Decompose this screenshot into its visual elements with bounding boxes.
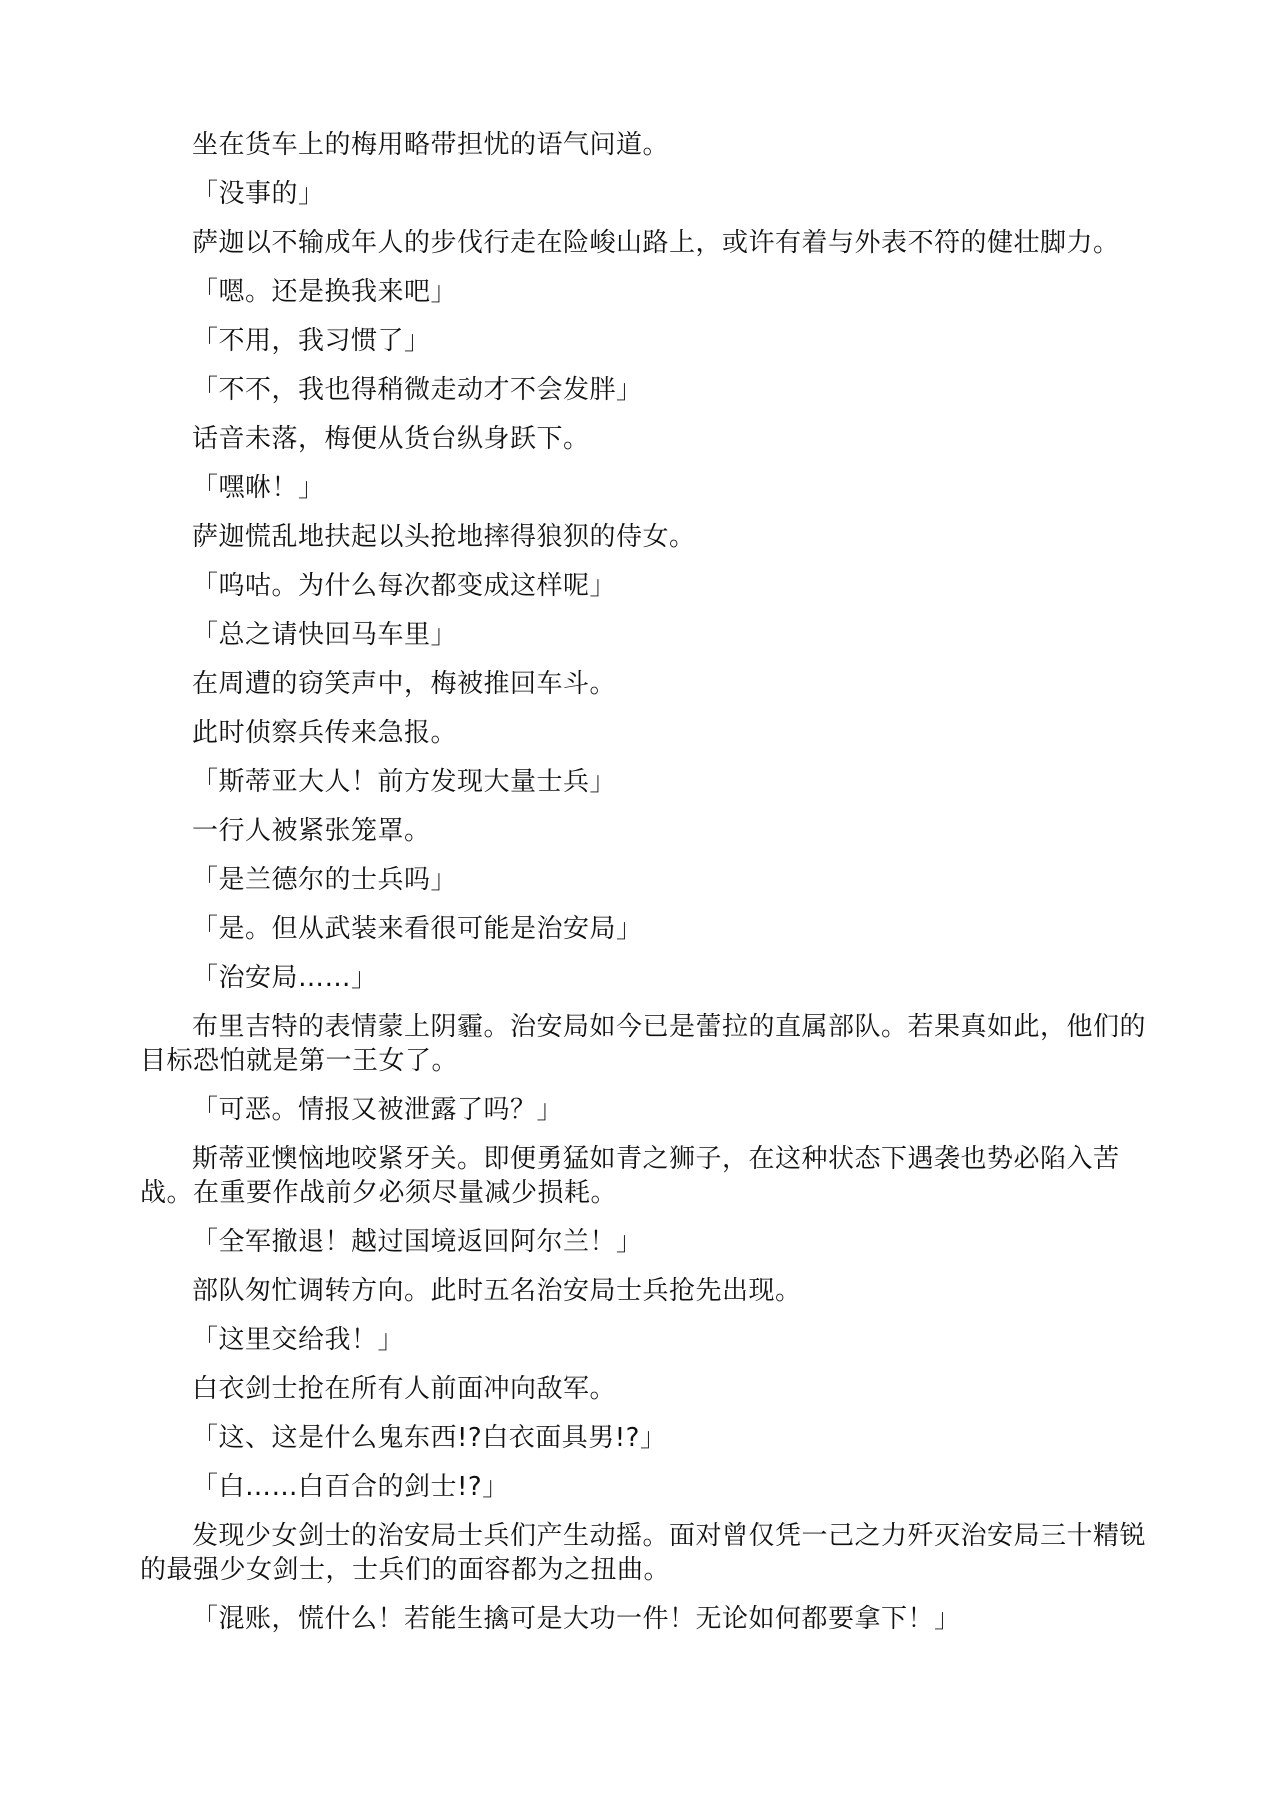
paragraph-narration: 萨迦以不输成年人的步伐行走在险峻山路上，或许有着与外表不符的健壮脚力。 bbox=[140, 226, 1150, 260]
paragraph-narration: 在周遭的窃笑声中，梅被推回车斗。 bbox=[140, 667, 1150, 701]
paragraph-dialog: 「总之请快回马车里」 bbox=[140, 618, 1150, 652]
paragraph-narration: 一行人被紧张笼罩。 bbox=[140, 814, 1150, 848]
paragraph-dialog: 「没事的」 bbox=[140, 177, 1150, 211]
paragraph-dialog: 「白……白百合的剑士!?」 bbox=[140, 1470, 1150, 1504]
paragraph-dialog: 「斯蒂亚大人！前方发现大量士兵」 bbox=[140, 765, 1150, 799]
paragraph-dialog: 「可恶。情报又被泄露了吗？」 bbox=[140, 1093, 1150, 1127]
paragraph-narration: 话音未落，梅便从货台纵身跃下。 bbox=[140, 422, 1150, 456]
paragraph-narration: 布里吉特的表情蒙上阴霾。治安局如今已是蕾拉的直属部队。若果真如此，他们的目标恐怕… bbox=[140, 1010, 1150, 1078]
paragraph-narration: 萨迦慌乱地扶起以头抢地摔得狼狈的侍女。 bbox=[140, 520, 1150, 554]
paragraph-dialog: 「全军撤退！越过国境返回阿尔兰！」 bbox=[140, 1225, 1150, 1259]
paragraph-narration: 发现少女剑士的治安局士兵们产生动摇。面对曾仅凭一己之力歼灭治安局三十精锐的最强少… bbox=[140, 1519, 1150, 1587]
paragraph-dialog: 「这、这是什么鬼东西!?白衣面具男!?」 bbox=[140, 1421, 1150, 1455]
paragraph-dialog: 「不不，我也得稍微走动才不会发胖」 bbox=[140, 373, 1150, 407]
paragraph-dialog: 「治安局……」 bbox=[140, 961, 1150, 995]
paragraph-dialog: 「不用，我习惯了」 bbox=[140, 324, 1150, 358]
paragraph-narration: 坐在货车上的梅用略带担忧的语气问道。 bbox=[140, 128, 1150, 162]
paragraph-narration: 此时侦察兵传来急报。 bbox=[140, 716, 1150, 750]
paragraph-dialog: 「嘿咻！」 bbox=[140, 471, 1150, 505]
paragraph-dialog: 「嗯。还是换我来吧」 bbox=[140, 275, 1150, 309]
paragraph-dialog: 「是兰德尔的士兵吗」 bbox=[140, 863, 1150, 897]
paragraph-dialog: 「混账，慌什么！若能生擒可是大功一件！无论如何都要拿下！」 bbox=[140, 1602, 1150, 1636]
paragraph-dialog: 「这里交给我！」 bbox=[140, 1323, 1150, 1357]
paragraph-dialog: 「呜咕。为什么每次都变成这样呢」 bbox=[140, 569, 1150, 603]
paragraph-narration: 斯蒂亚懊恼地咬紧牙关。即便勇猛如青之狮子，在这种状态下遇袭也势必陷入苦战。在重要… bbox=[140, 1142, 1150, 1210]
paragraph-narration: 白衣剑士抢在所有人前面冲向敌军。 bbox=[140, 1372, 1150, 1406]
paragraph-narration: 部队匆忙调转方向。此时五名治安局士兵抢先出现。 bbox=[140, 1274, 1150, 1308]
paragraph-dialog: 「是。但从武装来看很可能是治安局」 bbox=[140, 912, 1150, 946]
document-page: 坐在货车上的梅用略带担忧的语气问道。 「没事的」 萨迦以不输成年人的步伐行走在险… bbox=[140, 128, 1150, 1651]
